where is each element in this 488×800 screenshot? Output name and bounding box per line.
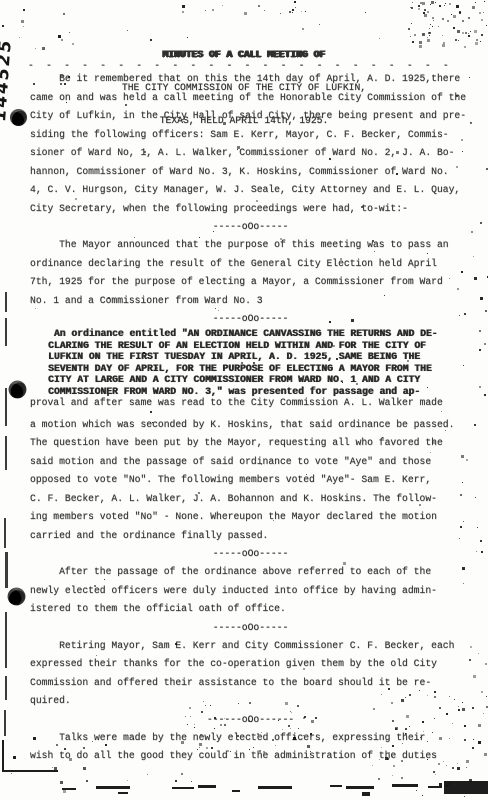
page-edge-artifact: [172, 787, 194, 789]
margin-fold-line: [5, 552, 8, 588]
text-line: ordinance declaring the result of the Ge…: [30, 255, 471, 274]
page-edge-artifact: [346, 786, 374, 789]
paragraph: proval and after same was read to the Ci…: [30, 397, 471, 409]
margin-fold-line: [5, 318, 7, 346]
paragraph: Retiring Mayor, Sam E. Kerr and City Com…: [30, 637, 471, 711]
hole-punch-mark: [5, 585, 28, 608]
text-line: Be it remembered that on this the 14th d…: [30, 70, 471, 89]
page-edge-artifact: [392, 784, 418, 787]
page-edge-artifact: [362, 792, 370, 796]
text-line: siding the following officers: Sam E. Ke…: [30, 126, 471, 145]
text-line: sioner of Ward No, 1, A. L. Walker, Comm…: [30, 144, 471, 163]
paragraph: An ordinance entitled "AN ORDINANCE CANV…: [48, 328, 471, 397]
text-line: expressed their thanks for the co-operat…: [30, 655, 471, 674]
document-page: 144525 MINUTES OF A CALL MEETING OF THE …: [0, 0, 488, 800]
text-line: City Secretary, when the following proce…: [30, 200, 471, 219]
text-line: City of Lufkin, in the City Hall of said…: [30, 107, 471, 126]
text-line: After the passage of the ordinance above…: [30, 563, 471, 582]
paragraph: After the passage of the ordinance above…: [30, 563, 471, 619]
section-separator: ------oOo------: [30, 711, 471, 729]
text-line: wish to do all the good they could in th…: [30, 747, 471, 766]
margin-fold-line: [5, 388, 7, 426]
section-separator: -----oOo-----: [30, 310, 471, 328]
document-body: Be it remembered that on this the 14th d…: [30, 70, 471, 766]
text-line: CLARING THE RESULT OF AN ELECTION HELD W…: [48, 340, 471, 352]
text-line: C. F. Becker, A. L. Walker, J. A. Bohann…: [30, 490, 471, 509]
margin-fold-line: [5, 612, 7, 668]
page-edge-artifact: [428, 786, 442, 788]
page-edge-artifact: [96, 786, 130, 789]
text-line: Talks were made by the newly elected off…: [30, 729, 471, 748]
page-corner-line: [2, 770, 58, 772]
page-edge-artifact: [118, 792, 128, 794]
text-line: ing members voted "No" - None. Whereupon…: [30, 508, 471, 527]
page-edge-artifact: [444, 781, 488, 794]
hole-punch-mark: [10, 109, 27, 126]
margin-fold-line: [4, 518, 6, 548]
text-line: carried and the ordinance finally passed…: [30, 527, 471, 546]
page-edge-artifact: [232, 790, 240, 792]
page-corner-line: [2, 740, 4, 772]
text-line: COMMISSIONER FROM WARD NO. 3," was prese…: [48, 386, 471, 398]
text-line: hannon, Commissioner of Ward No. 3, K. H…: [30, 163, 471, 182]
text-line: No. 1 and a Commissioner from Ward No. 3: [30, 292, 471, 311]
margin-fold-line: [5, 676, 7, 700]
section-separator: -----oOo-----: [30, 218, 471, 236]
text-line: newly elected officers were duly inducte…: [30, 582, 471, 601]
section-separator: -----oOo-----: [30, 619, 471, 637]
document-title-line: MINUTES OF A CALL MEETING OF: [0, 49, 488, 60]
margin-fold-line: [5, 436, 7, 470]
text-line: SEVENTH DAY OF APRIL, FOR THE PURPOSE OF…: [48, 363, 471, 375]
text-line: An ordinance entitled "AN ORDINANCE CANV…: [48, 328, 471, 340]
text-line: opposed to vote "No". The following memb…: [30, 471, 471, 490]
hole-punch-mark: [9, 381, 27, 399]
margin-fold-line: [5, 292, 7, 312]
paragraph: The Mayor announced that the purpose of …: [30, 236, 471, 310]
text-line: came on and was held a call meeting of t…: [30, 89, 471, 108]
text-line: istered to them the official oath of off…: [30, 600, 471, 619]
text-line: The Mayor announced that the purpose of …: [30, 236, 471, 255]
paragraph: a motion which was seconded by K. Hoskin…: [30, 416, 471, 546]
text-line: The question have been put by the Mayor,…: [30, 434, 471, 453]
page-edge-artifact: [258, 786, 292, 789]
text-line: 7th, 1925 for the purpose of electing a …: [30, 273, 471, 292]
page-edge-artifact: [198, 785, 216, 788]
page-edge-artifact: [330, 785, 342, 787]
text-line: Retiring Mayor, Sam E. Kerr and City Com…: [30, 637, 471, 656]
paragraph: Be it remembered that on this the 14th d…: [30, 70, 471, 218]
margin-fold-line: [4, 710, 6, 736]
text-line: 4, C. V. Hurgson, City Manager, W. J. Se…: [30, 181, 471, 200]
text-line: said motion and the passage of said ordi…: [30, 453, 471, 472]
text-line: Commission and offered their assistance …: [30, 674, 471, 693]
text-line: a motion which was seconded by K. Hoskin…: [30, 416, 471, 435]
text-line: CITY AT LARGE AND A CITY COMMISSIONER FR…: [48, 374, 471, 386]
text-line: proval and after same was read to the Ci…: [30, 397, 471, 409]
section-separator: -----oOo-----: [30, 545, 471, 563]
